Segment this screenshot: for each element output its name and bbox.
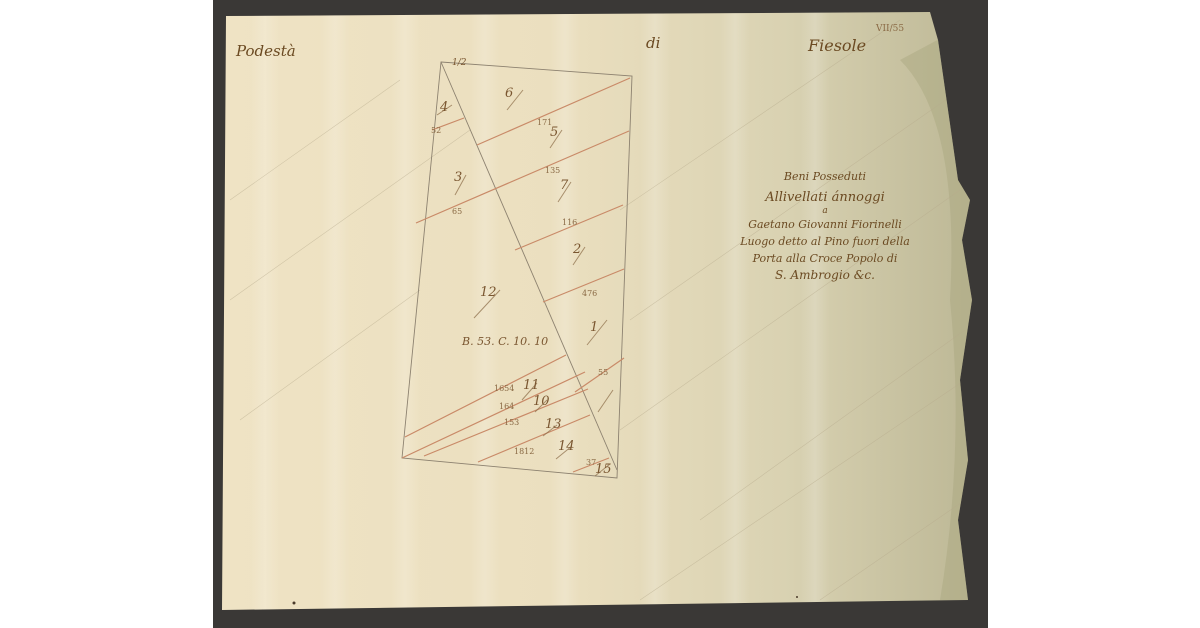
parcel-number: 5 — [550, 125, 558, 140]
map-sheet — [0, 0, 1200, 628]
parcel-number: 12 — [480, 285, 497, 300]
boundary-measure: 1654 — [494, 384, 514, 393]
parcel-number: 11 — [523, 378, 540, 393]
boundary-measure: 52 — [431, 126, 441, 135]
header-left: Podestà — [236, 42, 296, 60]
parcel-number: 14 — [558, 439, 575, 454]
map-legend: Beni Posseduti Allivellati ánnoggi a Gae… — [695, 168, 955, 284]
parcel-number: 1/2 — [452, 58, 466, 68]
boundary-measure: 153 — [504, 418, 519, 427]
parcel-number: 3 — [454, 170, 462, 185]
legend-line: a — [695, 206, 955, 216]
parcel-number: 2 — [573, 242, 581, 257]
legend-line: Gaetano Giovanni Fiorinelli — [695, 216, 955, 233]
boundary-measure: 135 — [545, 166, 560, 175]
legend-line: Porta alla Croce Popolo di — [695, 250, 955, 267]
boundary-measure: 171 — [537, 118, 552, 127]
legend-line: Allivellati ánnoggi — [695, 189, 955, 206]
legend-line: S. Ambrogio &c. — [695, 267, 955, 284]
legend-line: Luogo detto al Pino fuori della — [695, 233, 955, 250]
legend-line: Beni Posseduti — [695, 168, 955, 185]
parcel-number: 15 — [595, 462, 612, 477]
plot-area-label: B. 53. C. 10. 10 — [462, 335, 548, 348]
boundary-measure: 1812 — [514, 447, 534, 456]
parcel-number: 4 — [440, 100, 448, 115]
boundary-measure: 116 — [562, 218, 577, 227]
parcel-number: 13 — [545, 417, 562, 432]
boundary-measure: 65 — [452, 207, 462, 216]
parcel-number: 7 — [560, 178, 568, 193]
header-center: di — [646, 34, 660, 52]
boundary-measure: 55 — [598, 368, 608, 377]
boundary-measure: 476 — [582, 289, 597, 298]
parcel-number: 10 — [533, 394, 550, 409]
boundary-measure: 37 — [586, 458, 596, 467]
parcel-number: 1 — [590, 320, 598, 335]
catalog-reference: VII/55 — [876, 24, 904, 34]
parcel-number: 6 — [505, 86, 513, 101]
boundary-measure: 164 — [499, 402, 514, 411]
header-right: Fiesole — [808, 36, 866, 55]
